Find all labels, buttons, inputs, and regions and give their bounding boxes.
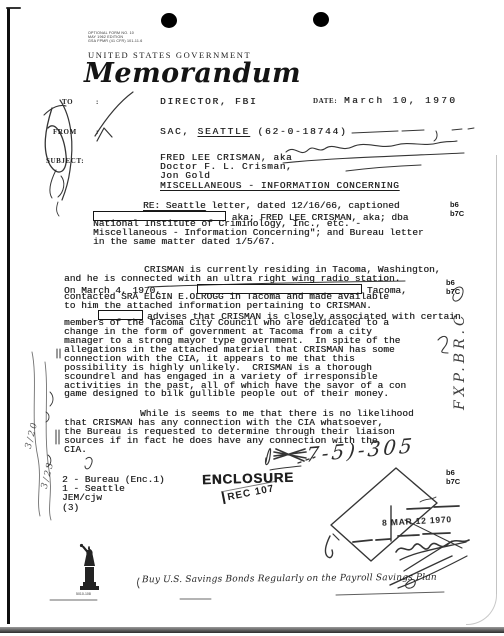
foia-b7c: b7C (446, 477, 460, 486)
subject-line: MISCELLANEOUS - INFORMATION CONCERNING (160, 181, 399, 190)
body-line: and he is connected with an ultra right … (64, 275, 461, 284)
re-line-rest: letter, dated 12/16/66, captioned (206, 200, 400, 211)
foia-codes: b6 b7C (450, 200, 464, 218)
handwritten-margin-note-left: 3/20 (24, 420, 41, 450)
from-value-office: SEATTLE (198, 126, 251, 137)
body-line: to him the attached information pertaini… (64, 302, 461, 311)
date-value: March 10, 1970 (344, 95, 457, 106)
scanned-memo-page: OPTIONAL FORM NO. 10 MAY 1962 EDITION GS… (0, 0, 504, 636)
subject-label: SUBJECT: (46, 157, 84, 165)
to-colon: : (96, 98, 99, 106)
scan-edge-bottom (0, 627, 504, 633)
re-line: RE: Seattle letter, dated 12/16/66, capt… (93, 202, 424, 211)
savings-bond-slogan: Buy U.S. Savings Bonds Regularly on the … (142, 573, 437, 586)
enclosure-stamp: ENCLOSURE (202, 470, 294, 487)
scan-edge-left (7, 8, 10, 624)
subject-block: FRED LEE CRISMAN, aka Doctor F. L. Crism… (160, 153, 399, 190)
form-number-block: OPTIONAL FORM NO. 10 MAY 1962 EDITION GS… (88, 31, 142, 43)
hole-punch (161, 13, 177, 28)
page-corner-shadow (466, 594, 497, 625)
re-line: in the same matter dated 1/5/67. (93, 238, 424, 247)
from-label: FROM (53, 128, 77, 136)
from-colon: : (96, 128, 99, 136)
date-label: DATE: (313, 97, 337, 105)
form-line: GSA FPMR (41 CFR) 101-11.6 (88, 39, 142, 43)
foia-codes: b6 b7C (446, 468, 460, 486)
date-received-stamp: 8 MAR 12 1970 (382, 514, 452, 528)
from-value: SAC, SEATTLE (62-0-18744) (160, 126, 348, 137)
foia-b7c: b7C (450, 209, 464, 218)
re-paragraph: RE: Seattle letter, dated 12/16/66, capt… (93, 202, 424, 246)
date-stamp-text: MAR 12 1970 (390, 514, 452, 527)
foia-codes: b6 b7C (446, 278, 460, 296)
cc-line: (3) (62, 503, 165, 512)
re-caption-underlined: RE: Seattle (143, 200, 206, 211)
hole-punch (313, 12, 329, 27)
handwritten-margin-note-left: 3/23 (40, 460, 57, 490)
memo-title: Memorandum (84, 58, 301, 89)
body-line: game designed to bilk gullible people ou… (64, 390, 461, 399)
foia-b6: b6 (450, 200, 464, 209)
cc-block: 2 - Bureau (Enc.1) 1 - Seattle JEM/cjw (… (62, 475, 165, 512)
page-edge-right (496, 155, 497, 595)
foia-b6: b6 (446, 468, 460, 477)
foia-b6: b6 (446, 278, 460, 287)
to-label: TO (62, 98, 73, 106)
from-value-file: (62-0-18744) (250, 126, 348, 137)
body-paragraph-1: CRISMAN is currently residing in Tacoma,… (64, 266, 461, 399)
savings-bond-statue-icon (74, 543, 104, 593)
from-value-pre: SAC, (160, 126, 198, 137)
to-value: DIRECTOR, FBI (160, 96, 258, 107)
handwritten-margin-note-right: FXP.BR.C (452, 300, 468, 410)
foia-b7c: b7C (446, 287, 460, 296)
footer-form-number: 5010-108 (76, 592, 91, 596)
date-stamp-prefix: 8 (382, 518, 388, 528)
